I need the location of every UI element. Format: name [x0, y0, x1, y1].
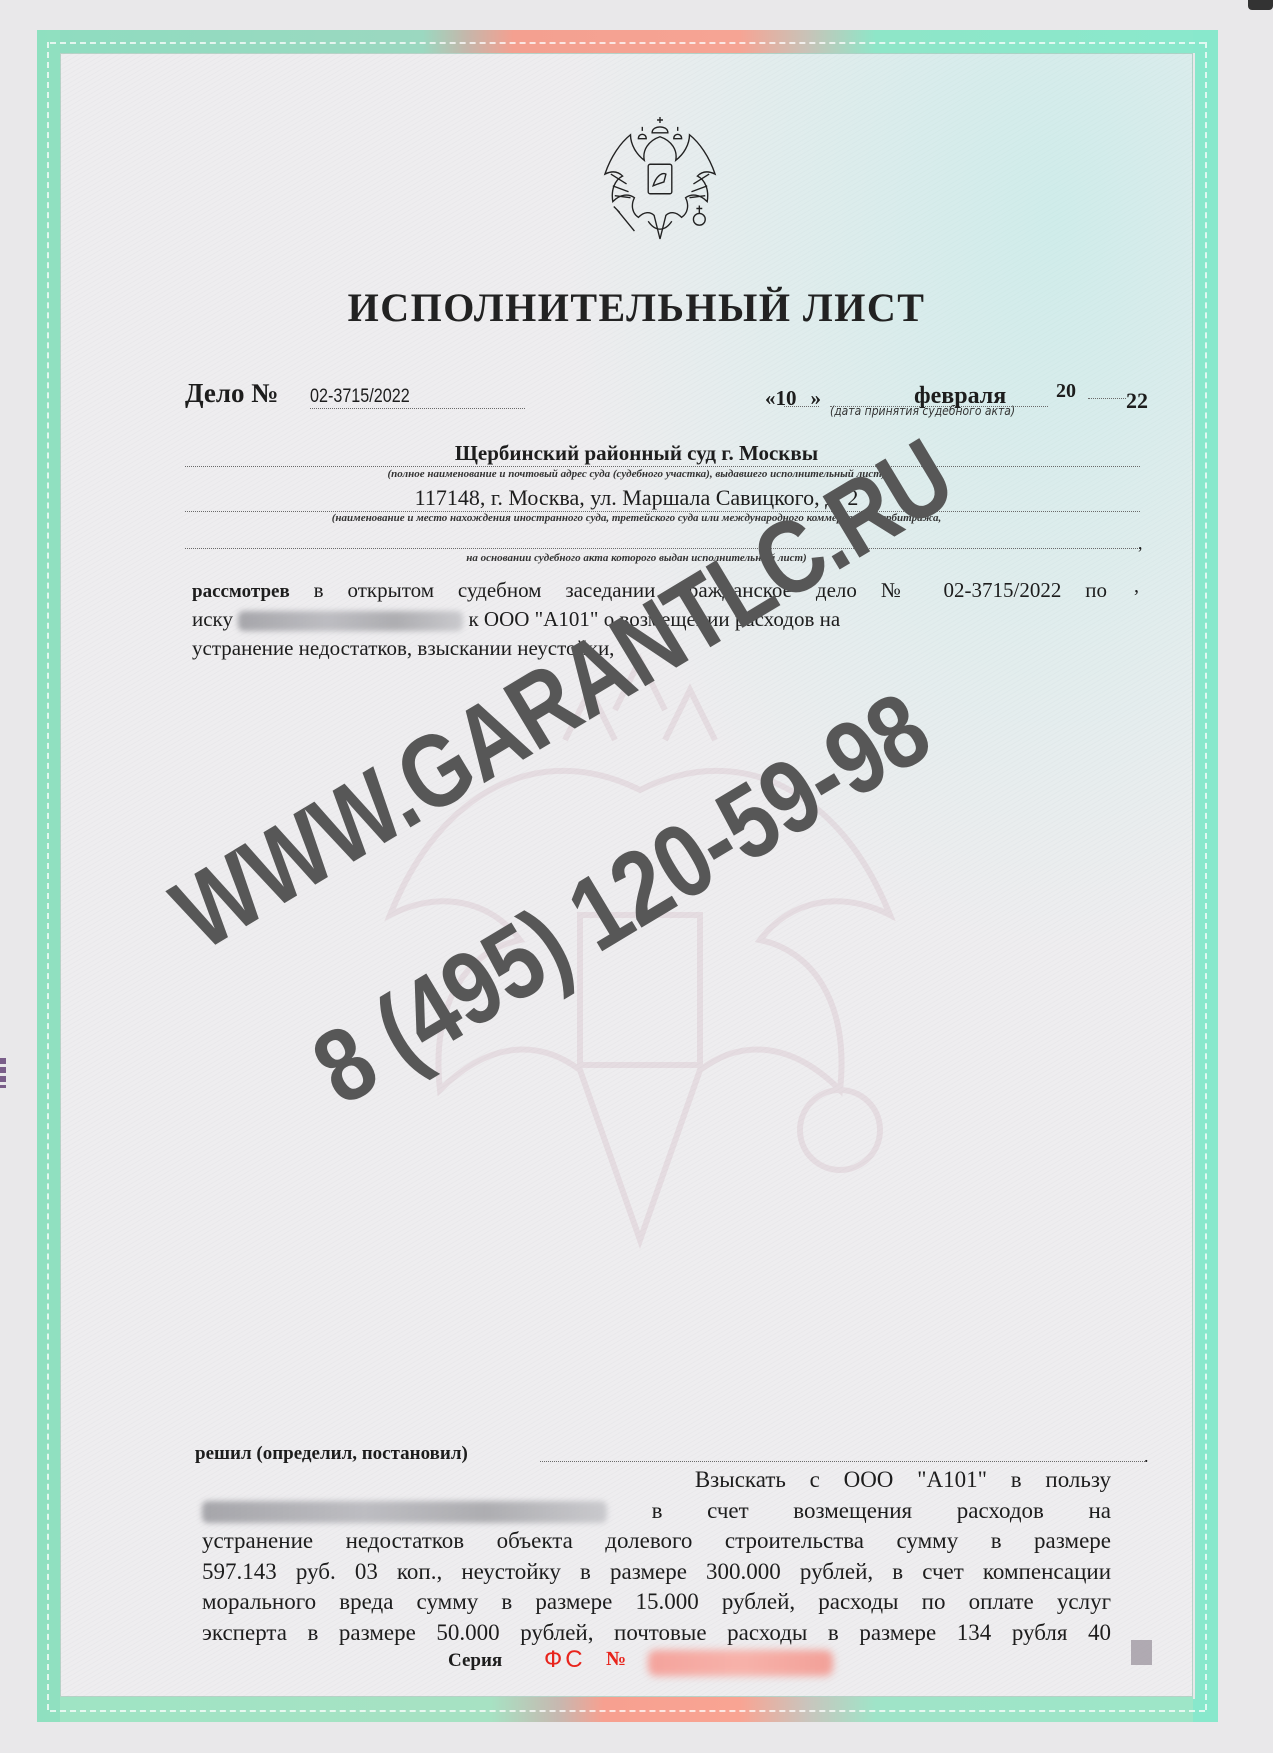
- series-number-sign: №: [606, 1648, 626, 1671]
- resolved-line-3: устранение недостатков объекта долевого …: [202, 1526, 1111, 1557]
- resolved-underline: [540, 1461, 1145, 1462]
- background-emblem-icon: [340, 640, 940, 1320]
- considered-line-1: рассмотрев в открытом судебном заседании…: [192, 576, 1107, 606]
- series-code: ФС: [544, 1646, 586, 1674]
- case-number-underline: [310, 408, 525, 409]
- court-name-underline: [185, 466, 1140, 467]
- security-square-mark: [1131, 1640, 1152, 1665]
- decision-date-day: «10»: [765, 386, 821, 411]
- resolved-line-5: морального вреда сумму в размере 15.000 …: [202, 1587, 1111, 1618]
- considered-text-1: в открытом судебном заседании гражданско…: [314, 578, 1107, 602]
- decision-date-caption: (дата принятия судебного акта): [830, 404, 1015, 418]
- considered-line-2: иску к ООО "А101" о возмещении расходов …: [192, 605, 1107, 634]
- case-number-value: 02-3715/2022: [310, 386, 410, 408]
- case-number-label: Дело №: [185, 378, 278, 409]
- considered-text-2-suffix: к ООО "А101" о возмещении расходов на: [468, 607, 840, 631]
- resolved-line-1: Взыскать с ООО "А101" в пользу: [202, 1465, 1111, 1496]
- page-title: ИСПОЛНИТЕЛЬНЫЙ ЛИСТ: [0, 284, 1273, 331]
- redacted-plaintiff-name: [238, 611, 463, 631]
- considered-label: рассмотрев: [192, 581, 290, 602]
- line-comma: ,: [1138, 533, 1143, 554]
- considered-comma: ,: [1134, 575, 1139, 598]
- resolved-line-6: эксперта в размере 50.000 рублей, почтов…: [202, 1618, 1111, 1649]
- resolved-label: решил (определил, постановил): [195, 1443, 468, 1465]
- date-year-underline: [1088, 398, 1126, 399]
- considered-line-3: устранение недостатков, взыскании неусто…: [192, 634, 1107, 663]
- decision-date-century: 20: [1056, 380, 1076, 403]
- page-edge-marks: [0, 1058, 6, 1088]
- redacted-plaintiff-name-2: [202, 1501, 607, 1523]
- russian-coat-of-arms-icon: [601, 114, 719, 244]
- foreign-court-underline: [185, 548, 1140, 549]
- frame-stitch-top: [50, 42, 1205, 44]
- resolved-text-2-suffix: в счет возмещения расходов на: [652, 1498, 1111, 1523]
- quote-open: «: [765, 386, 776, 410]
- resolved-dot: .: [1144, 1446, 1149, 1467]
- scanner-clip-mark: [1248, 0, 1273, 10]
- resolved-line-2: в счет возмещения расходов на: [202, 1496, 1111, 1527]
- decision-date-year: 22: [1126, 388, 1148, 414]
- considered-text-2-prefix: иску: [192, 607, 233, 631]
- series-label: Серия: [448, 1650, 502, 1672]
- court-name-caption: (полное наименование и почтовый адрес су…: [0, 468, 1273, 480]
- resolved-line-4: 597.143 руб. 03 коп., неустойку в размер…: [202, 1557, 1111, 1588]
- basis-caption: на основании судебного акта которого выд…: [0, 552, 1273, 564]
- frame-stitch-bottom: [50, 1710, 1205, 1712]
- court-address: 117148, г. Москва, ул. Маршала Савицкого…: [0, 485, 1273, 511]
- foreign-court-caption: (наименование и место нахождения иностра…: [0, 512, 1273, 524]
- redacted-series-number: [648, 1650, 833, 1676]
- date-day-underline: [784, 406, 819, 407]
- court-name: Щербинский районный суд г. Москвы: [0, 441, 1273, 466]
